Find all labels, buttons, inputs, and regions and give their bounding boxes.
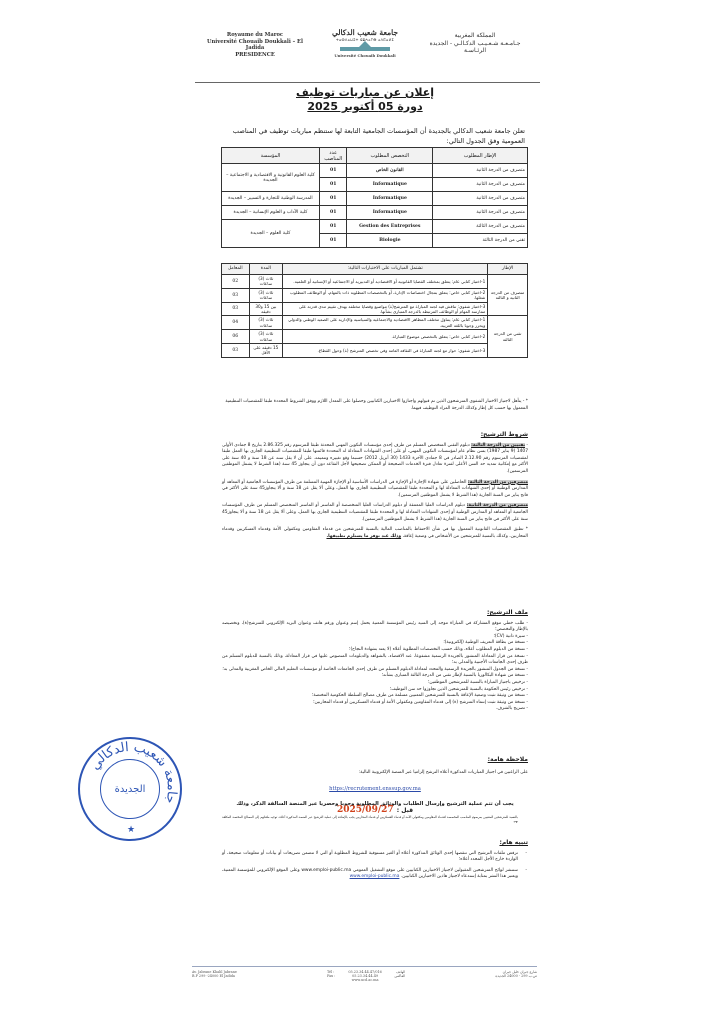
deadline-label: قبل :: [397, 807, 413, 814]
logo-latin: Université Chouaib Doukkali: [320, 53, 410, 58]
cell-desc: 3-اختبار شفوي: تناقش فيه لجنة المباراة م…: [283, 302, 488, 316]
cell-duration: ثلاث (3) ساعات: [249, 288, 283, 302]
cell-specialty: Gestion des Entreprises: [347, 220, 433, 234]
legal-note: * تطبق المقتضيات القانونية المعمول بها ف…: [222, 527, 528, 540]
cell-count: 01: [319, 178, 347, 192]
contact-labels-ar: الهاتفالفاكس: [391, 970, 405, 978]
cell-grade: متصرف من الدرجة الثانية: [433, 164, 528, 178]
col-coefficient: المعامل: [222, 264, 250, 275]
cell-coef: 02: [222, 275, 250, 289]
cell-desc: 3-اختبار شفوي: حوار مع لجنة المباراة في …: [283, 344, 488, 358]
address-line-ar: ص.ب 299 - 24000 الجديدة: [457, 974, 537, 978]
file-requirement: - ترخيص باجتياز المباراة بالنسبة للمترشح…: [222, 680, 528, 687]
footer-address-ar: شارع جبران خليل جبران ص.ب 299 - 24000 ال…: [457, 970, 537, 978]
positions-table: الإطار المطلوب التخصص المطلوب عدد المناص…: [221, 147, 528, 248]
cell-institution: المدرسة الوطنية للتجارة و التسيير – الجد…: [222, 192, 320, 206]
cell-grade: متصرف من الدرجة الثانية: [433, 178, 528, 192]
deadline: قبل : 2025/09/27: [222, 807, 528, 815]
col-grade: الإطار: [488, 264, 528, 275]
presidence-fr: PRESIDENCE: [200, 52, 310, 59]
cell-desc: 2-اختبار كتابي خاص: يتعلق بالتخصص موضوع …: [283, 330, 488, 344]
university-fr: Université Chouaib Doukkali – El Jadida: [200, 39, 310, 52]
condition-admin-3: متصرفين من الدرجة الثالثة: الحاصلين على …: [222, 480, 528, 500]
cell-coef: 06: [222, 330, 250, 344]
cell-desc: 1-اختبار كتابي عام: يتناول مختلف المظاهر…: [283, 316, 488, 330]
recruitment-platform-link[interactable]: https://recrutement.enssup.gov.ma: [222, 786, 528, 793]
col-specialty: التخصص المطلوب: [347, 148, 433, 164]
cell-grade: تقني من الدرجة الثالثة: [488, 316, 528, 357]
university-stamp: جامعة شعيب الدكالي ★ الجديدة: [78, 737, 182, 841]
important-text: على الراغبين في اجتياز المباريات المذكور…: [222, 770, 528, 777]
cell-specialty: Informatique: [347, 178, 433, 192]
file-requirements-list: - طلب خطي موقع المشاركة في المباراة موجه…: [222, 621, 528, 713]
cell-specialty: Informatique: [347, 192, 433, 206]
footer-divider: [192, 966, 537, 967]
cell-coef: 03: [222, 288, 250, 302]
cell-count: 01: [319, 220, 347, 234]
cell-duration: ثلاث (3) ساعات: [249, 275, 283, 289]
important-heading: ملاحظة هامة:: [222, 757, 528, 764]
condition-label: متصرفين من الدرجة الثانية:: [467, 503, 528, 508]
warning-item: ستنشر لوائح المترشحين المقبولين لاجتياز …: [222, 868, 528, 881]
file-requirement: - نسخة من شهادة البكالوريا بالنسبة لإطار…: [222, 673, 528, 680]
address-line: B.P 299 -24000 El Jadida: [192, 974, 272, 978]
position-row: متصرف من الدرجة الثالثةGestion des Entre…: [222, 220, 528, 234]
file-requirement: - تصريح بالشرف.: [222, 706, 528, 713]
position-row: متصرف من الدرجة الثانيةInformatique01كلي…: [222, 206, 528, 220]
university-ar: جـامـعـة شـعـيـب الدكـالـي - الجديدة: [420, 40, 530, 48]
footer-contacts: Tél :Fax : 05.23.34.44.47/01605.23.34.44…: [327, 970, 417, 983]
svg-text:★: ★: [127, 825, 135, 835]
file-requirement: - نسخة من بطاقة التعريف الوطنية (إلكترون…: [222, 640, 528, 647]
emploi-public-link[interactable]: www.emploi-public.ma: [350, 874, 400, 879]
col-exams: تشتمل المباريات على الاختبارات التالية:: [283, 264, 488, 275]
logo-arabic: جامعة شعيب الدكالي: [320, 28, 410, 37]
application-file-section: ملف الترشيح: - طلب خطي موقع المشاركة في …: [222, 610, 528, 713]
cell-duration: بين 15 و30 دقيقة: [249, 302, 283, 316]
intro-paragraph: تعلن جامعة شعيب الدكالي بالجديدة أن المؤ…: [225, 126, 525, 146]
exam-row: 3-اختبار شفوي: حوار مع لجنة المباراة في …: [222, 344, 528, 358]
cell-desc: 2-اختبار كتابي خاص: يتعلق بمجال اختصاصات…: [283, 288, 488, 302]
title-line-2: دورة 05 أكتوبر 2025: [220, 100, 510, 114]
veterans-note: بالنسبة للمترشحين المعنيين بمرسوم المناص…: [222, 815, 528, 823]
file-requirement: - طلب خطي موقع المشاركة في المباراة موجه…: [222, 621, 528, 634]
cell-coef: 04: [222, 316, 250, 330]
col-grade: الإطار المطلوب: [433, 148, 528, 164]
exam-row: تقني من الدرجة الثالثة1-اختبار كتابي عام…: [222, 316, 528, 330]
cell-count: 01: [319, 164, 347, 178]
condition-technician: - تقنيين من الدرجة الثالثة: دبلوم التقني…: [222, 443, 528, 476]
condition-admin-2: متصرفين من الدرجة الثانية: دبلوم الدراسا…: [222, 503, 528, 523]
header-divider: [195, 82, 540, 83]
website-link[interactable]: www.ucd.ac.ma: [352, 978, 379, 982]
cell-count: 01: [319, 234, 347, 248]
footer-address-fr: Av. Jabrane Khalil Jabrane B.P 299 -2400…: [192, 970, 272, 978]
cell-grade: متصرف من الدرجة الثالثة: [433, 220, 528, 234]
cell-desc: 1-اختبار كتابي عام: يتعلق بمختلف القضايا…: [283, 275, 488, 289]
title-line-1: إعلان عن مباريات توظيف: [220, 86, 510, 100]
cell-grade: متصرف من الدرجة الثانية و الثالثة: [488, 275, 528, 316]
cell-duration: ثلاث (3) ساعات: [249, 330, 283, 344]
file-requirement: - نسخة من وثيقة تثبت وضعية الإعاقة بالنس…: [222, 693, 528, 700]
stamp-city: الجديدة: [115, 784, 146, 795]
warning-heading: تنبيه هام:: [222, 840, 528, 847]
exam-row: 2-اختبار كتابي خاص: يتعلق بمجال اختصاصات…: [222, 288, 528, 302]
col-duration: المدة: [249, 264, 283, 275]
cell-count: 01: [319, 206, 347, 220]
cell-duration: 15 دقيقة على الأقل: [249, 344, 283, 358]
contact-labels: Tél :Fax :: [327, 970, 339, 978]
col-institution: المؤسسة: [222, 148, 320, 164]
letterhead-french: Royaume du Maroc Université Chouaib Douk…: [200, 32, 310, 58]
warning-list: ترفض ملفات الترشيح التي تنقصها إحدى الوث…: [222, 851, 528, 881]
cell-count: 01: [319, 192, 347, 206]
stamp-center: الجديدة: [100, 759, 160, 819]
legal-note-emphasis: وذلك عند توفر ما يستلزم تطبيقها.: [326, 534, 401, 539]
cell-coef: 03: [222, 302, 250, 316]
position-row: متصرف من الدرجة الثانيةالقانون الخاص01كل…: [222, 164, 528, 178]
condition-label: تقنيين من الدرجة الثالثة:: [471, 443, 525, 448]
cell-duration: ثلاث (3) ساعات: [249, 316, 283, 330]
file-requirement: - نسخة من قرار المعادلة المنشور بالجريدة…: [222, 654, 528, 667]
letterhead-arabic: المملكة المغربية جـامـعـة شـعـيـب الدكـا…: [420, 32, 530, 55]
cell-grade: متصرف من الدرجة الثانية: [433, 206, 528, 220]
document-page: Royaume du Maroc Université Chouaib Douk…: [0, 0, 725, 1024]
condition-label: متصرفين من الدرجة الثالثة:: [468, 480, 528, 485]
cell-specialty: Biologie: [347, 234, 433, 248]
warning-item: ترفض ملفات الترشيح التي تنقصها إحدى الوث…: [222, 851, 528, 864]
logo-emblem-icon: [340, 47, 390, 51]
important-note-section: ملاحظة هامة: على الراغبين في اجتياز المب…: [222, 757, 528, 823]
file-requirement: - نسخة من وثيقة تثبت إنتماء المترشح (ة) …: [222, 700, 528, 707]
cell-grade: متصرف من الدرجة الثانية: [433, 192, 528, 206]
fax-label-ar: الفاكس: [394, 974, 405, 978]
oral-exam-note: * - يتأهل لاجتياز الاختبار الشفوي المترش…: [222, 398, 528, 412]
cell-specialty: Informatique: [347, 206, 433, 220]
exams-table: الإطار تشتمل المباريات على الاختبارات ال…: [221, 263, 528, 358]
file-heading: ملف الترشيح:: [222, 610, 528, 617]
deadline-date: 2025/09/27: [337, 805, 394, 815]
exam-row: متصرف من الدرجة الثانية و الثالثة1-اختبا…: [222, 275, 528, 289]
cell-grade: تقني من الدرجة الثالثة: [433, 234, 528, 248]
contact-values: 05.23.34.44.47/01605.23.34.44.49www.ucd.…: [340, 970, 390, 983]
cell-specialty: القانون الخاص: [347, 164, 433, 178]
cell-institution: كلية الآداب و العلوم الإنسانية – الجديدة: [222, 206, 320, 220]
exam-row: 2-اختبار كتابي خاص: يتعلق بالتخصص موضوع …: [222, 330, 528, 344]
university-logo: جامعة شعيب الدكالي ⵜⴰⵙⴷⴰⵡⵉⵜ ⵛⵓⵄⴰⵢⴱ ⴰⴷⴽⴰⵍ…: [320, 28, 410, 58]
announcement-title: إعلان عن مباريات توظيف دورة 05 أكتوبر 20…: [220, 86, 510, 114]
warning-section: تنبيه هام: ترفض ملفات الترشيح التي تنقصه…: [222, 840, 528, 885]
position-row: متصرف من الدرجة الثانيةInformatique01الم…: [222, 192, 528, 206]
cell-coef: 03: [222, 344, 250, 358]
conditions-section: شروط الترشيح: - تقنيين من الدرجة الثالثة…: [222, 432, 528, 544]
conditions-heading: شروط الترشيح:: [222, 432, 528, 439]
cell-institution: كلية العلوم القانونية و الاقتصادية و الا…: [222, 164, 320, 192]
presidence-ar: الرئـاسـة: [420, 47, 530, 55]
exam-row: 3-اختبار شفوي: تناقش فيه لجنة المباراة م…: [222, 302, 528, 316]
file-requirement: - نسخة من الدبلوم المطلوب أعلاه، وذلك حس…: [222, 647, 528, 654]
letterhead: Royaume du Maroc Université Chouaib Douk…: [200, 28, 530, 80]
col-count: عدد المناصب: [319, 148, 347, 164]
cell-institution: كلية العلوم – الجديدة: [222, 220, 320, 248]
fax-label: Fax :: [327, 974, 335, 978]
kingdom-ar: المملكة المغربية: [420, 32, 530, 40]
